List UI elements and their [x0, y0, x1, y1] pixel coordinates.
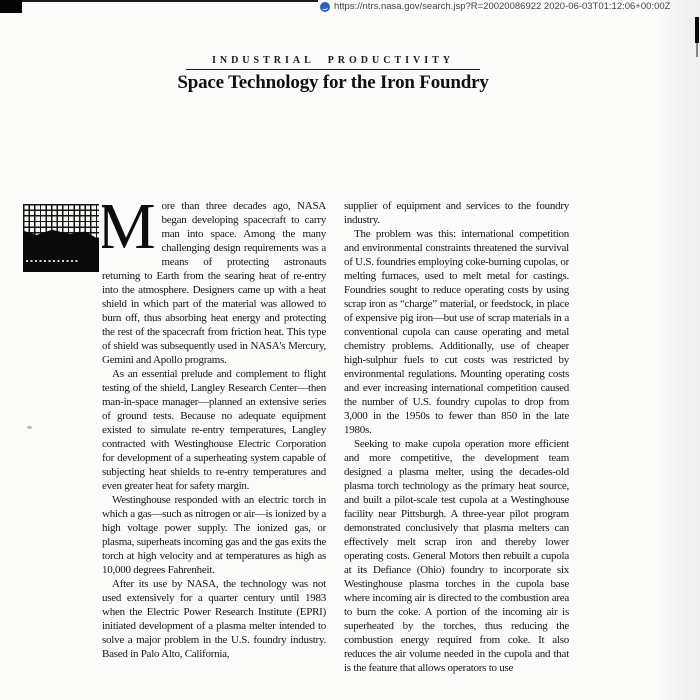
paragraph: The problem was this: international comp… [344, 227, 569, 437]
paragraph-lead: More than three decades ago, NASA began … [102, 199, 326, 367]
scan-speckle [27, 426, 32, 429]
scan-artifact-right-edge-mark-faint [696, 43, 698, 57]
kicker-rule [186, 69, 480, 70]
article-title: Space Technology for the Iron Foundry [0, 72, 666, 94]
halftone-grid-heat-shield-image [23, 204, 99, 272]
archive-url-text: https://ntrs.nasa.gov/search.jsp?R=20020… [334, 1, 670, 12]
halftone-dark-area [23, 228, 99, 272]
paragraph: As an essential prelude and complement t… [102, 367, 326, 493]
paragraph: Westinghouse responded with an electric … [102, 493, 326, 577]
scan-shading [654, 0, 700, 700]
scan-artifact-corner-block [0, 0, 22, 13]
nasa-meatball-icon [320, 2, 330, 12]
archive-url-bar: https://ntrs.nasa.gov/search.jsp?R=20020… [320, 0, 670, 13]
scan-artifact-top-line [0, 0, 318, 2]
paragraph-continuation: supplier of equipment and services to th… [344, 199, 569, 227]
drop-cap: M [102, 199, 155, 256]
section-kicker: INDUSTRIAL PRODUCTIVITY [0, 55, 666, 66]
paragraph: After its use by NASA, the technology wa… [102, 577, 326, 661]
article-header: INDUSTRIAL PRODUCTIVITY Space Technology… [0, 55, 666, 94]
left-text-column: More than three decades ago, NASA began … [102, 199, 326, 700]
scan-artifact-right-edge-mark [695, 17, 699, 43]
right-text-column: supplier of equipment and services to th… [344, 199, 569, 700]
paragraph: Seeking to make cupola operation more ef… [344, 437, 569, 675]
